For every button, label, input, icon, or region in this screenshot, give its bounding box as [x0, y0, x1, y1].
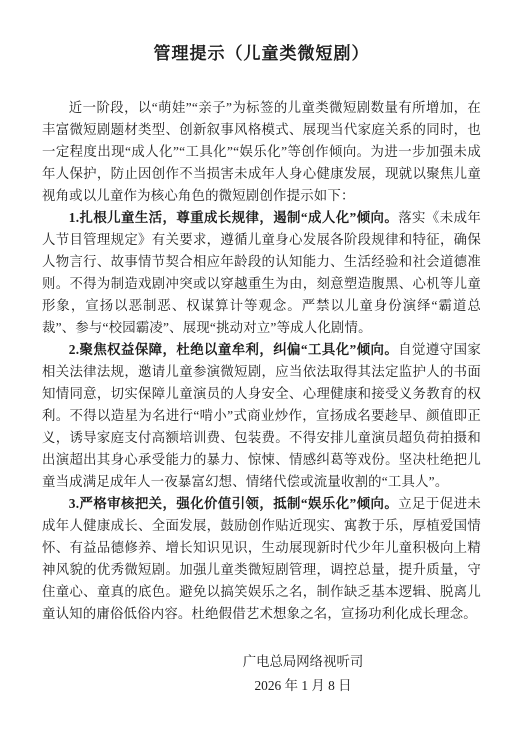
paragraph-point-2: 2.聚焦权益保障，杜绝以童牟利，纠偏“工具化”倾向。自觉遵守国家相关法律法规，邀…: [42, 339, 481, 493]
paragraph-point-2-lead: 2.聚焦权益保障，杜绝以童牟利，纠偏“工具化”倾向。: [69, 342, 398, 357]
paragraph-intro: 近一阶段，以“萌娃”“亲子”为标签的儿童类微短剧数量有所增加，在丰富微短剧题材类…: [42, 97, 481, 207]
document-title: 管理提示（儿童类微短剧）: [42, 42, 481, 66]
paragraph-point-1-text: 落实《未成年人节目管理规定》有关要求，遵循儿童身心发展各阶段规律和特征，确保人物…: [42, 210, 481, 335]
paragraph-point-1: 1.扎根儿童生活，尊重成长规律，遏制“成人化”倾向。落实《未成年人节目管理规定》…: [42, 207, 481, 339]
paragraph-point-1-lead: 1.扎根儿童生活，尊重成长规律，遏制“成人化”倾向。: [69, 210, 398, 225]
paragraph-point-3-lead: 3.严格审核把关，强化价值引领，抵制“娱乐化”倾向。: [69, 496, 398, 511]
signature-org: 广电总局网络视听司: [192, 650, 414, 674]
signature-block: 广电总局网络视听司 2026 年 1 月 8 日: [192, 650, 414, 698]
signature-date: 2026 年 1 月 8 日: [192, 674, 414, 698]
document-page: 管理提示（儿童类微短剧） 近一阶段，以“萌娃”“亲子”为标签的儿童类微短剧数量有…: [0, 0, 523, 731]
paragraph-point-3: 3.严格审核把关，强化价值引领，抵制“娱乐化”倾向。立足于促进未成年人健康成长、…: [42, 493, 481, 625]
document-body: 近一阶段，以“萌娃”“亲子”为标签的儿童类微短剧数量有所增加，在丰富微短剧题材类…: [42, 97, 481, 625]
paragraph-point-2-text: 自觉遵守国家相关法律法规，邀请儿童参演微短剧，应当依法取得其法定监护人的书面知情…: [42, 342, 481, 489]
paragraph-point-3-text: 立足于促进未成年人健康成长、全面发展，鼓励创作贴近现实、寓教于乐，厚植爱国情怀、…: [42, 496, 481, 621]
paragraph-intro-text: 近一阶段，以“萌娃”“亲子”为标签的儿童类微短剧数量有所增加，在丰富微短剧题材类…: [42, 100, 481, 203]
